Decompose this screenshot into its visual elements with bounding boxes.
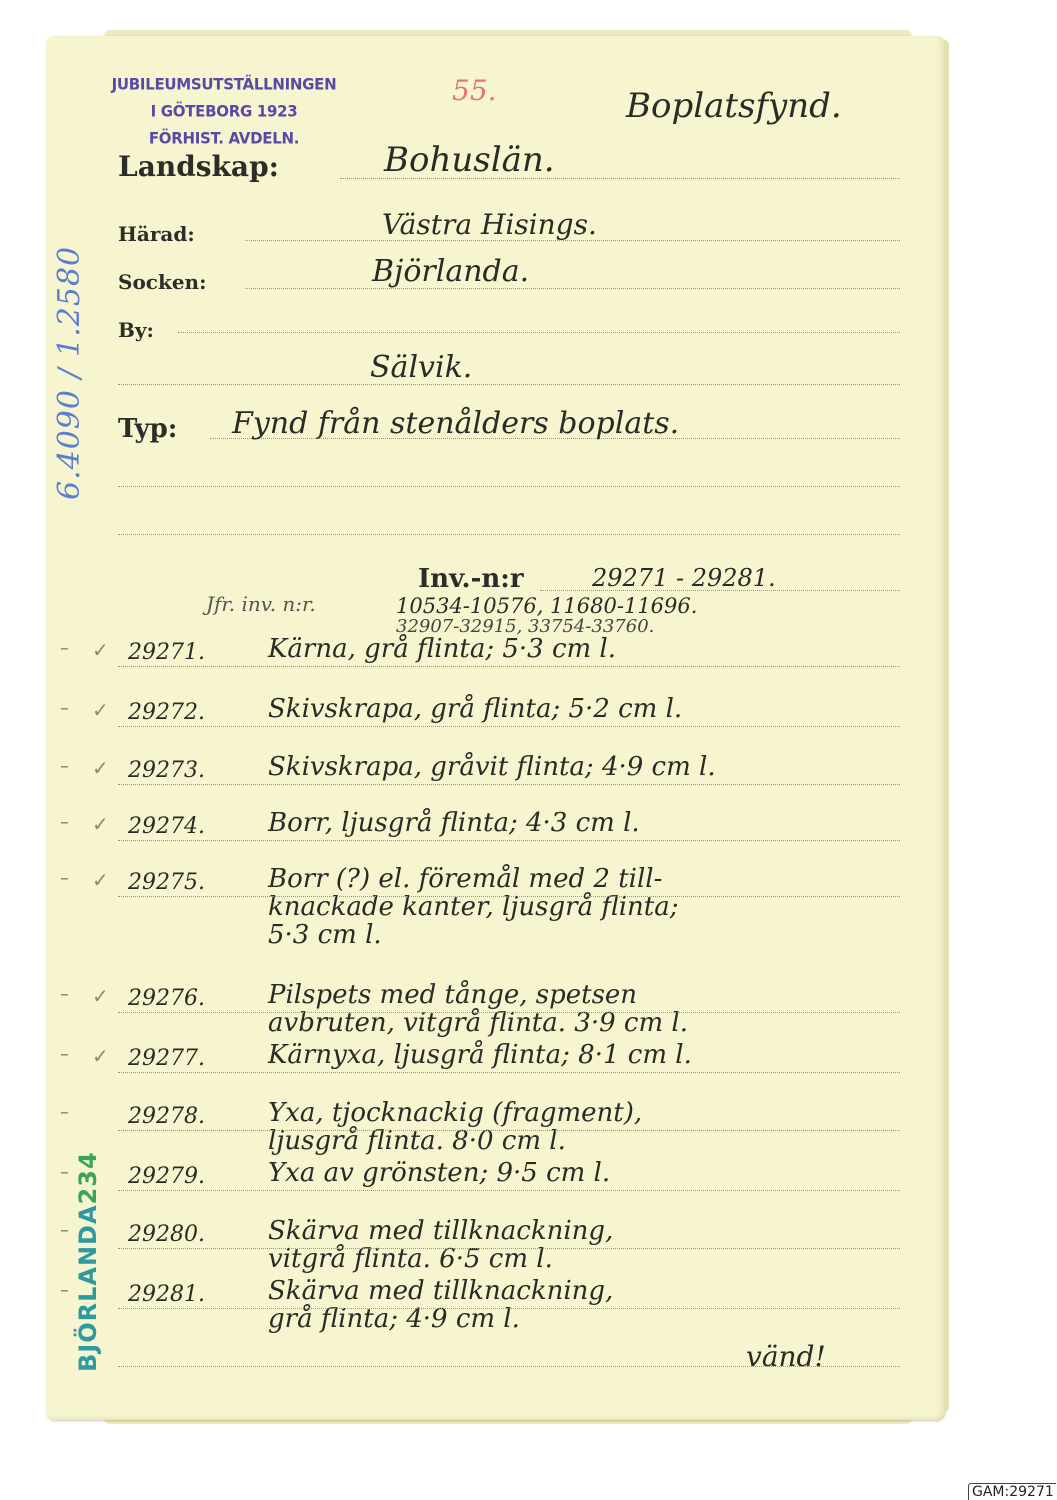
field-label-typ: Typ:	[118, 414, 177, 444]
margin-dash: –	[60, 812, 69, 833]
stamp-line: JUBILEUMSUTSTÄLLNINGEN	[104, 71, 344, 98]
card-edge	[944, 40, 949, 1412]
margin-dash: –	[60, 1102, 69, 1123]
check-mark-icon: ✓	[92, 984, 109, 1008]
entry-number: 29279.	[128, 1164, 205, 1189]
entry-description: Borr (?) el. föremål med 2 till-	[268, 864, 662, 894]
compare-label: Jfr. inv. n:r.	[206, 592, 316, 616]
entry-number: 29277.	[128, 1046, 205, 1071]
entry-number: 29274.	[128, 814, 205, 839]
dotted-line	[118, 486, 900, 487]
entry-description: Kärnyxa, ljusgrå flinta; 8·1 cm l.	[268, 1040, 692, 1070]
dotted-line	[118, 1308, 900, 1309]
dotted-line	[118, 896, 900, 897]
dotted-line	[118, 1366, 900, 1367]
check-mark-icon: ✓	[92, 812, 109, 836]
dotted-line	[118, 384, 900, 385]
entry-description: Skärva med tillknackning,	[268, 1216, 613, 1246]
field-label-socken: Socken:	[118, 270, 206, 294]
dotted-line	[118, 1190, 900, 1191]
check-mark-icon: ✓	[92, 868, 109, 892]
field-label-harad: Härad:	[118, 222, 195, 246]
margin-dash: –	[60, 1044, 69, 1065]
entry-number: 29281.	[128, 1282, 205, 1307]
inventory-range: 29271 - 29281.	[592, 564, 776, 592]
dotted-line	[245, 288, 900, 289]
image-label: GAM:29271	[968, 1483, 1056, 1500]
dotted-line	[118, 784, 900, 785]
margin-dash: –	[60, 1220, 69, 1241]
check-mark-icon: ✓	[92, 638, 109, 662]
entry-description: Skivskrapa, grå flinta; 5·2 cm l.	[268, 694, 682, 724]
margin-dash: –	[60, 698, 69, 719]
stamp-number: 234	[74, 1151, 102, 1204]
dotted-line	[118, 1072, 900, 1073]
dotted-line	[118, 534, 900, 535]
margin-dash: –	[60, 1280, 69, 1301]
dotted-line	[118, 840, 900, 841]
entry-description: 5·3 cm l.	[268, 920, 382, 950]
entry-description: Yxa, tjocknackig (fragment),	[268, 1098, 642, 1128]
entry-description: Skärva med tillknackning,	[268, 1276, 613, 1306]
entry-number: 29275.	[128, 870, 205, 895]
dotted-line	[118, 1012, 900, 1013]
compare-line-1: 10534-10576, 11680-11696.	[396, 594, 697, 618]
margin-dash: –	[60, 868, 69, 889]
entry-description: Yxa av grönsten; 9·5 cm l.	[268, 1158, 610, 1188]
field-value-harad: Västra Hisings.	[382, 208, 597, 241]
dotted-line	[118, 1248, 900, 1249]
footer-note: vänd!	[746, 1340, 826, 1373]
entry-number: 29271.	[128, 640, 205, 665]
field-value-by: Sälvik.	[370, 350, 472, 385]
margin-dash: –	[60, 756, 69, 777]
margin-dash: –	[60, 1162, 69, 1183]
margin-blue-note: 6.4090 / 1.2580	[52, 246, 87, 500]
inventory-label: Inv.-n:r	[418, 564, 524, 594]
field-label-by: By:	[118, 318, 154, 342]
entry-number: 29280.	[128, 1222, 205, 1247]
entry-number: 29272.	[128, 700, 205, 725]
margin-dash: –	[60, 638, 69, 659]
margin-green-stamp: BJÖRLANDA234	[74, 1151, 102, 1372]
check-mark-icon: ✓	[92, 756, 109, 780]
check-mark-icon: ✓	[92, 1044, 109, 1068]
category-heading: Boplatsfynd.	[626, 86, 842, 126]
entry-description: Borr, ljusgrå flinta; 4·3 cm l.	[268, 808, 640, 838]
red-number: 55.	[452, 74, 497, 107]
dotted-line	[118, 1130, 900, 1131]
entry-description: Skivskrapa, gråvit flinta; 4·9 cm l.	[268, 752, 716, 782]
stamp-town: BJÖRLANDA	[74, 1204, 102, 1372]
exhibition-stamp: JUBILEUMSUTSTÄLLNINGEN I GÖTEBORG 1923 F…	[104, 71, 344, 152]
entry-number: 29278.	[128, 1104, 205, 1129]
margin-dash: –	[60, 984, 69, 1005]
entry-number: 29273.	[128, 758, 205, 783]
entry-number: 29276.	[128, 986, 205, 1011]
stamp-line: I GÖTEBORG 1923	[104, 98, 344, 125]
check-mark-icon: ✓	[92, 698, 109, 722]
dotted-line	[118, 726, 900, 727]
entry-description: Kärna, grå flinta; 5·3 cm l.	[268, 634, 616, 664]
field-value-landskap: Bohuslän.	[384, 140, 555, 180]
field-value-typ: Fynd från stenålders boplats.	[232, 406, 679, 441]
field-value-socken: Björlanda.	[372, 254, 529, 289]
dotted-line	[178, 332, 900, 333]
dotted-line	[118, 666, 900, 667]
stamp-line: FÖRHIST. AVDELN.	[104, 125, 344, 152]
entry-description: Pilspets med tånge, spetsen	[268, 980, 637, 1010]
field-label-landskap: Landskap:	[118, 150, 279, 183]
